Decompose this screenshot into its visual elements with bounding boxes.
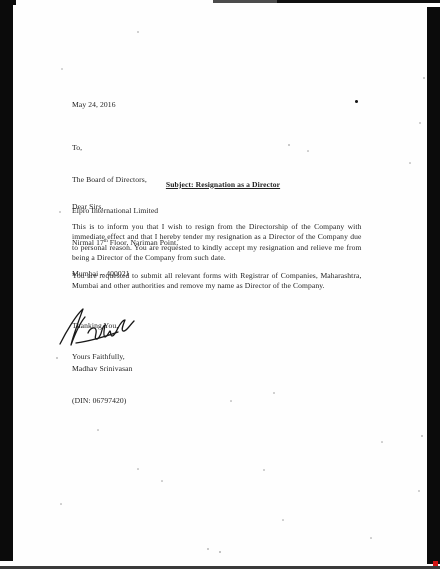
body-line: You are requested to submit all relevant… <box>72 271 362 282</box>
scanner-edge-left <box>0 0 13 561</box>
ink-dot <box>355 100 358 103</box>
body-line: being a Director of the Company from suc… <box>72 253 362 264</box>
scan-speck <box>61 68 63 70</box>
body-line: This is to inform you that I wish to res… <box>72 222 362 233</box>
subject-line: Subject: Resignation as a Director <box>78 180 368 190</box>
scan-speck <box>263 469 265 471</box>
scanned-letter-page: May 24, 2016 To, The Board of Directors,… <box>0 0 440 569</box>
red-scan-artifact <box>433 561 438 566</box>
scanner-edge-top <box>213 0 277 3</box>
scan-speck <box>307 150 309 152</box>
scan-speck <box>137 468 139 470</box>
scan-speck <box>56 357 58 359</box>
scan-speck <box>419 122 421 124</box>
body-line: Mumbai and other authorities and remove … <box>72 281 362 292</box>
signer-name: Madhav Srinivasan <box>72 364 133 375</box>
scan-speck <box>97 429 99 431</box>
scan-speck <box>219 551 221 553</box>
scan-speck <box>418 490 420 492</box>
scan-speck <box>282 519 284 521</box>
scanner-edge-left-tick <box>13 0 16 5</box>
scan-speck <box>381 441 383 443</box>
scan-speck <box>423 77 425 79</box>
body-paragraph-1: This is to inform you that I wish to res… <box>72 222 362 264</box>
scan-speck <box>137 31 139 33</box>
handwritten-signature-icon <box>58 306 158 346</box>
scan-speck <box>207 548 209 550</box>
body-line: to personal reason. You are requested to… <box>72 243 362 254</box>
scanner-edge-top-dark <box>277 0 440 3</box>
scan-speck <box>161 480 163 482</box>
body-line: immediate effect and that I hereby tende… <box>72 232 362 243</box>
scan-speck <box>230 400 232 402</box>
scan-speck <box>370 537 372 539</box>
scan-speck <box>60 503 62 505</box>
scan-speck <box>59 211 61 213</box>
scan-speck <box>288 144 290 146</box>
scan-speck <box>421 435 423 437</box>
scan-speck <box>409 162 411 164</box>
address-line-to: To, <box>72 143 178 153</box>
signer-din: (DIN: 06797420) <box>72 396 133 407</box>
signer-block: Madhav Srinivasan (DIN: 06797420) <box>72 342 133 428</box>
scanner-edge-right <box>427 7 440 564</box>
greeting-line: Dear Sirs, <box>72 202 103 212</box>
date-line: May 24, 2016 <box>72 100 116 110</box>
body-paragraph-2: You are requested to submit all relevant… <box>72 271 362 292</box>
scan-speck <box>273 392 275 394</box>
